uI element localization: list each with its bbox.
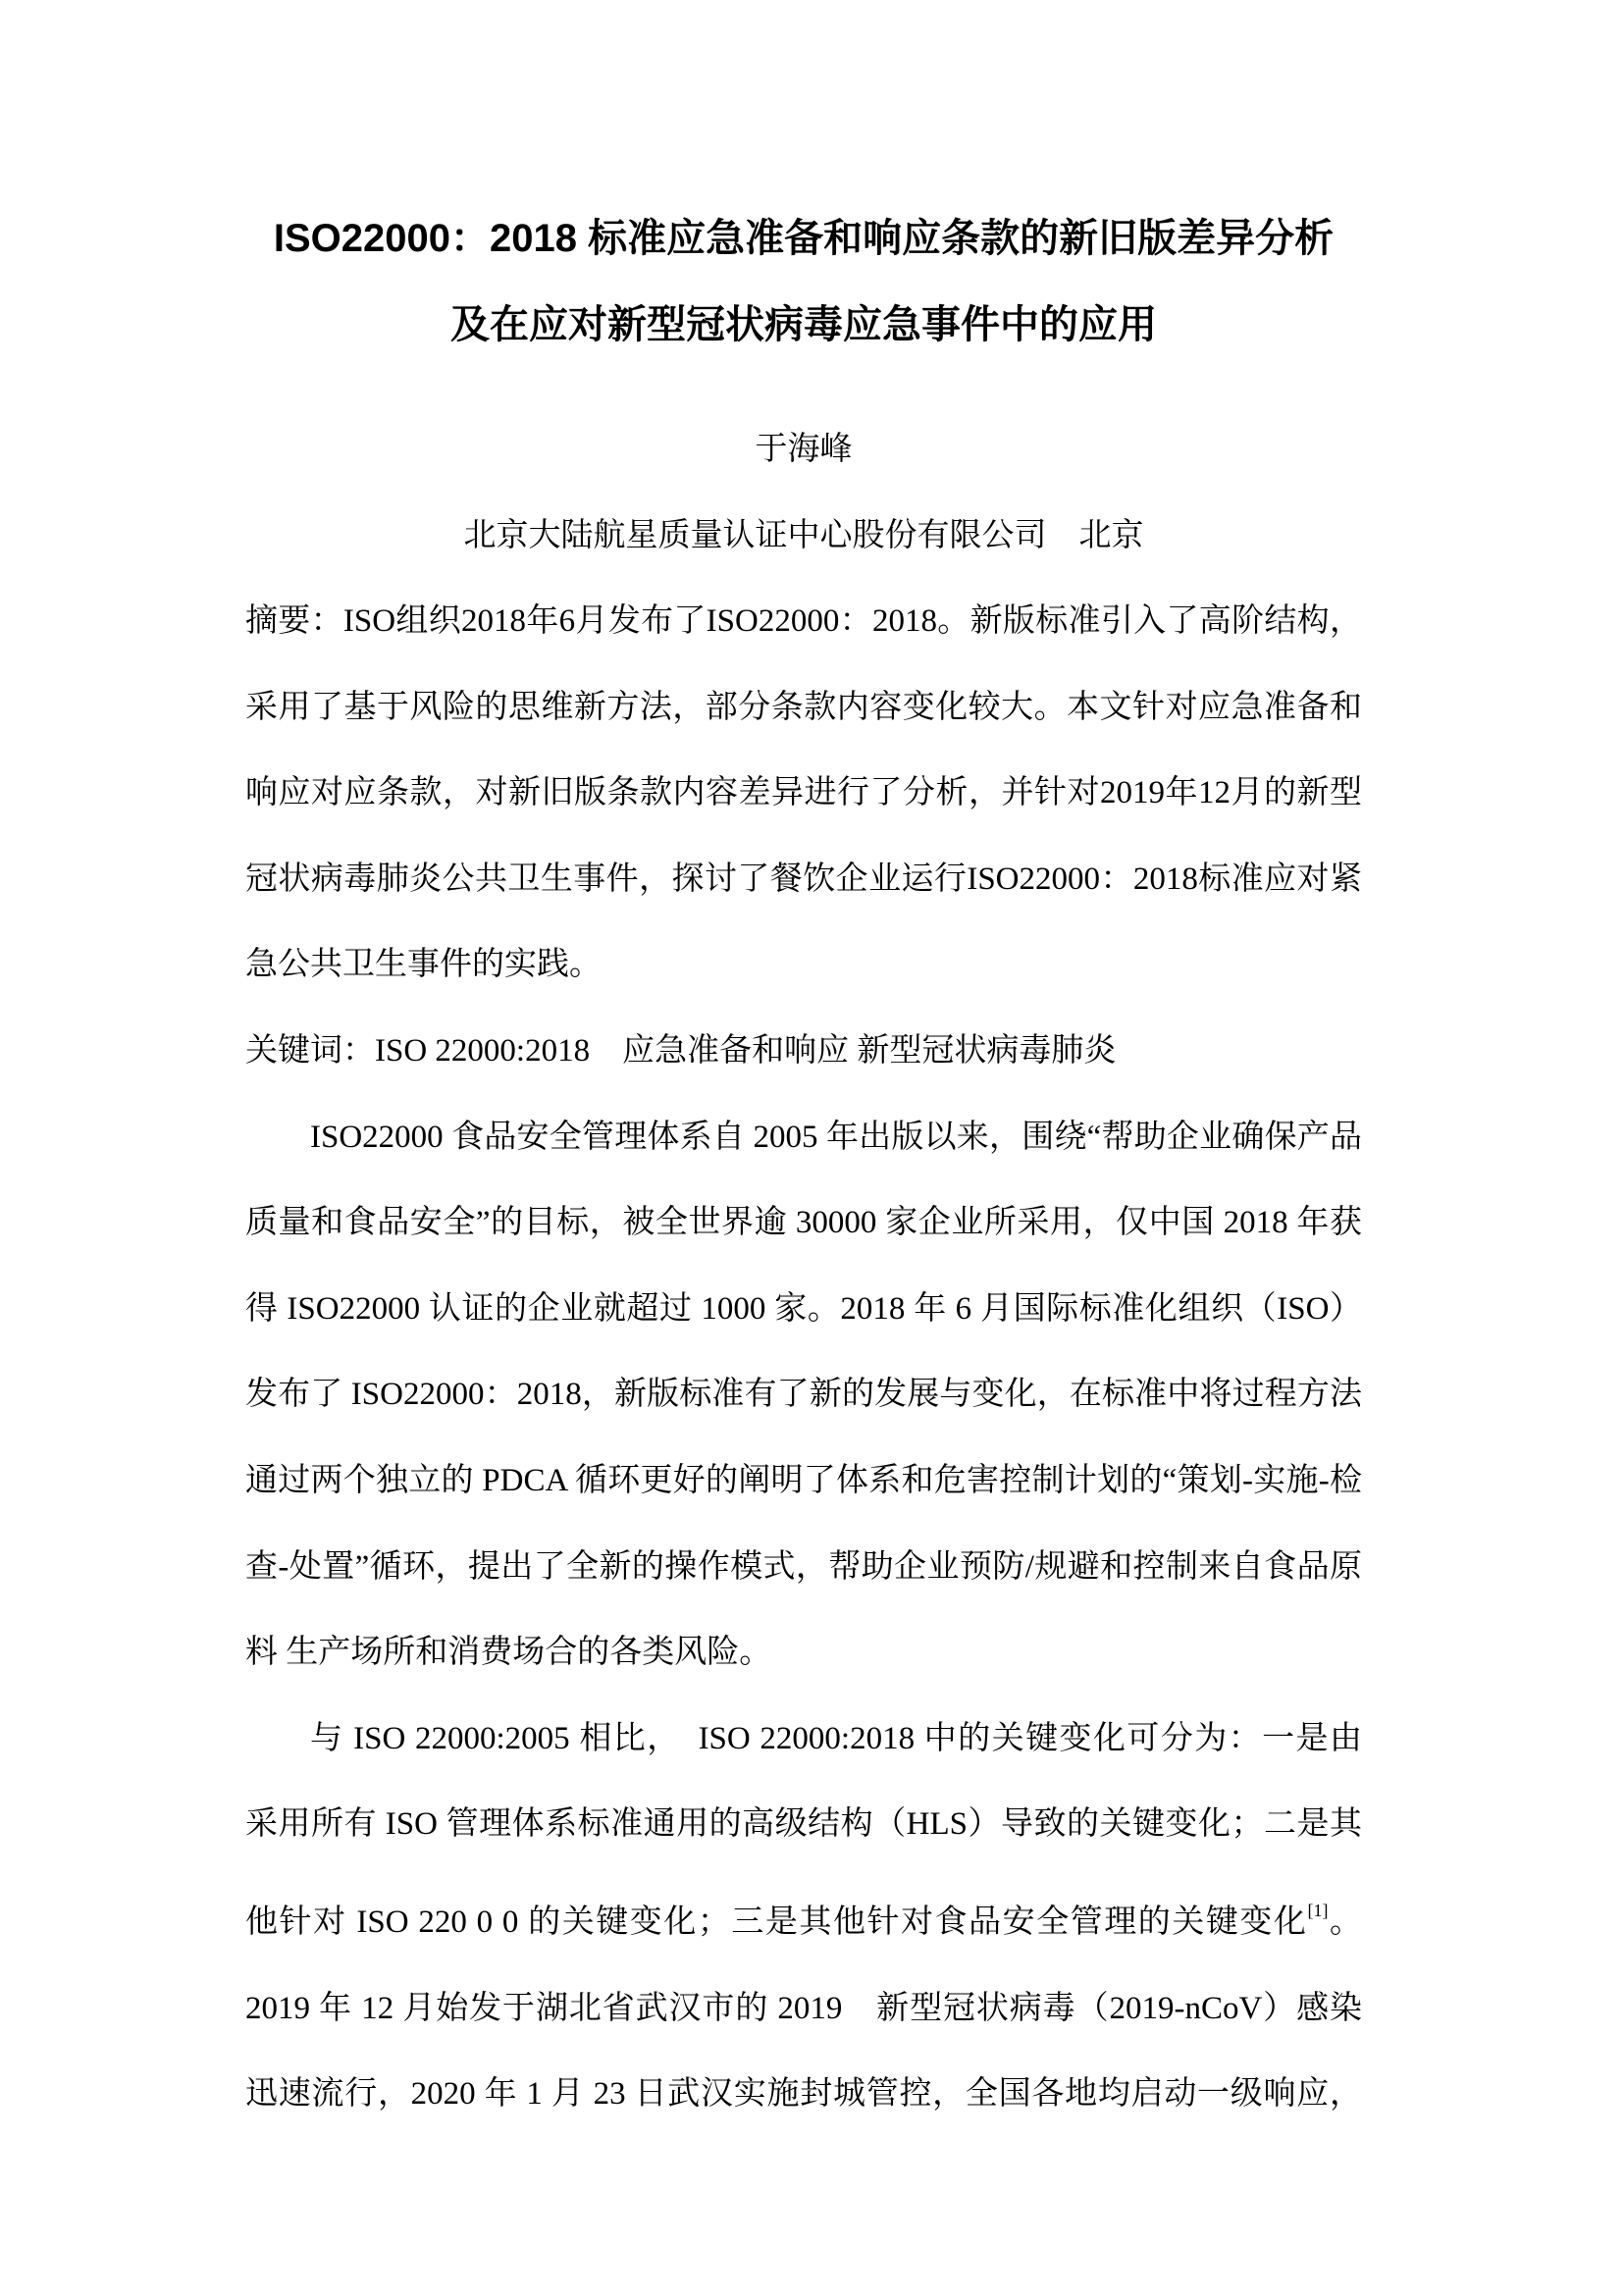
article-body: 摘要：ISO组织2018年6月发布了ISO22000：2018。新版标准引入了高… (245, 579, 1362, 2138)
author-affiliation: 北京大陆航星质量认证中心股份有限公司 北京 (245, 493, 1362, 579)
paragraph1-line-7: 料 生产场所和消费场合的各类风险。 (245, 1610, 1362, 1696)
paragraph1-line-4: 发布了 ISO22000：2018，新版标准有了新的发展与变化，在标准中将过程方… (245, 1352, 1362, 1438)
paragraph1-line-6: 查-处置”循环，提出了全新的操作模式，帮助企业预防/规避和控制来自食品原 (245, 1525, 1362, 1611)
citation-marker: [1] (1307, 1901, 1328, 1920)
abstract-line-4: 冠状病毒肺炎公共卫生事件，探讨了餐饮企业运行ISO22000：2018标准应对紧 (245, 837, 1362, 923)
paragraph2-line-3: 他针对 ISO 220 0 0 的关键变化；三是其他针对食品安全管理的关键变化[… (245, 1868, 1362, 1966)
paragraph1-line-5: 通过两个独立的 PDCA 循环更好的阐明了体系和危害控制计划的“策划-实施-检 (245, 1438, 1362, 1525)
paragraph2-line-5: 迅速流行，2020 年 1 月 23 日武汉实施封城管控，全国各地均启动一级响应… (245, 2052, 1362, 2138)
paragraph2-line-3-period: 。 (1328, 1905, 1362, 1940)
paragraph2-line-4: 2019 年 12 月始发于湖北省武汉市的 2019 新型冠状病毒（2019-n… (245, 1966, 1362, 2053)
abstract-line-1: 摘要：ISO组织2018年6月发布了ISO22000：2018。新版标准引入了高… (245, 579, 1362, 665)
paragraph2-line-3-text: 他针对 ISO 220 0 0 的关键变化；三是其他针对食品安全管理的关键变化 (245, 1905, 1307, 1940)
paragraph1-line-2: 质量和食品安全”的目标，被全世界逾 30000 家企业所采用，仅中国 2018 … (245, 1180, 1362, 1267)
paragraph2-line-2: 采用所有 ISO 管理体系标准通用的高级结构（HLS）导致的关键变化；二是其 (245, 1782, 1362, 1868)
paper-title-line-1: ISO22000：2018 标准应急准备和响应条款的新旧版差异分析 (245, 195, 1362, 282)
paragraph2-line-1: 与 ISO 22000:2005 相比， ISO 22000:2018 中的关键… (245, 1696, 1362, 1783)
paragraph1-line-3: 得 ISO22000 认证的企业就超过 1000 家。2018 年 6 月国际标… (245, 1267, 1362, 1353)
abstract-line-3: 响应对应条款，对新旧版条款内容差异进行了分析，并针对2019年12月的新型 (245, 751, 1362, 837)
abstract-line-2: 采用了基于风险的思维新方法，部分条款内容变化较大。本文针对应急准备和 (245, 665, 1362, 752)
author-name: 于海峰 (245, 406, 1362, 493)
keywords-line: 关键词：ISO 22000:2018 应急准备和响应 新型冠状病毒肺炎 (245, 1009, 1362, 1095)
abstract-line-5: 急公共卫生事件的实践。 (245, 922, 1362, 1009)
paper-title-line-2: 及在应对新型冠状病毒应急事件中的应用 (245, 282, 1362, 368)
paragraph1-line-1: ISO22000 食品安全管理体系自 2005 年出版以来，围绕“帮助企业确保产… (245, 1095, 1362, 1181)
document-page: ISO22000：2018 标准应急准备和响应条款的新旧版差异分析 及在应对新型… (0, 0, 1624, 2296)
